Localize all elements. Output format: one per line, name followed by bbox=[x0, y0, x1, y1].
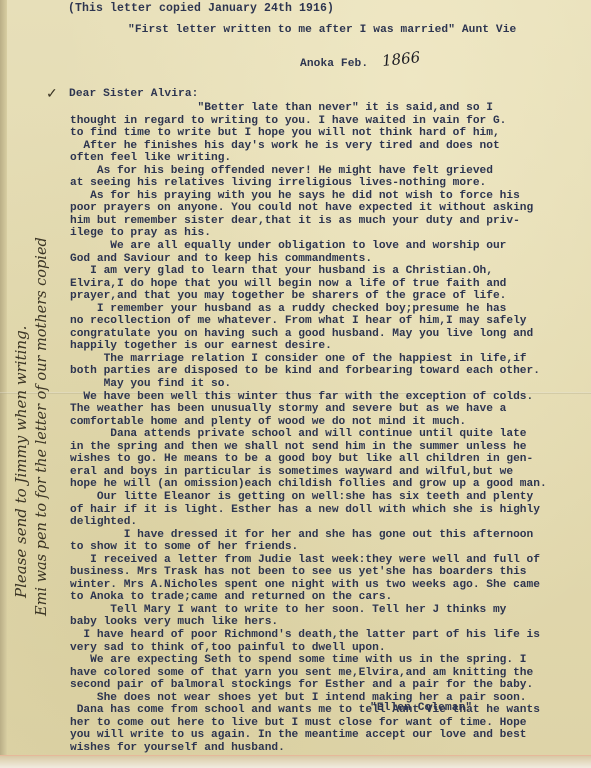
letter-line: in the spring and then we shall not send… bbox=[70, 441, 547, 454]
letter-line: both parties are disposed to be kind and… bbox=[70, 365, 547, 378]
letter-line: I remember your husband as a ruddy check… bbox=[70, 303, 547, 316]
letter-line: We are expecting Seth to spend some time… bbox=[70, 654, 547, 667]
letter-line: poor prayers on anyone. You could not ha… bbox=[70, 202, 547, 215]
letter-line: wishes to go. He means to be a good boy … bbox=[70, 453, 547, 466]
letter-line: to Anoka to trade;came and returned on t… bbox=[70, 591, 547, 604]
letter-line: second pair of balmoral stockings for Es… bbox=[70, 679, 547, 692]
letter-line: business. Mrs Trask has not been to see … bbox=[70, 566, 547, 579]
letter-line: at seeing his relatives living irreligio… bbox=[70, 177, 547, 190]
letter-line: The weather has been unusually stormy an… bbox=[70, 403, 547, 416]
letter-line: to find time to write but I hope you wil… bbox=[70, 127, 547, 140]
letter-line: her to come out here to live but I must … bbox=[70, 717, 547, 730]
letter-line: of hair if it is light. Esther has a new… bbox=[70, 504, 547, 517]
letter-line: I have dressed it for her and she has go… bbox=[70, 529, 547, 542]
letter-line: very sad to think of,too painful to dwel… bbox=[70, 642, 547, 655]
letter-line: We are all equally under obligation to l… bbox=[70, 240, 547, 253]
letter-line: As for his being offended never! He migh… bbox=[70, 165, 547, 178]
letter-line: Our litte Eleanor is getting on well:she… bbox=[70, 491, 547, 504]
handwritten-year: 1866 bbox=[381, 48, 421, 70]
letter-line: comfortable home and plenty of wood we d… bbox=[70, 416, 547, 429]
check-mark-icon: ✓ bbox=[46, 86, 58, 102]
letter-line: eral and boys in particular is sometimes… bbox=[70, 466, 547, 479]
letter-line: delighted. bbox=[70, 516, 547, 529]
letter-line: We have been well this winter thus far w… bbox=[70, 391, 547, 404]
letter-line: wishes for yourself and husband. bbox=[70, 742, 547, 755]
letter-line: The marriage relation I consider one of … bbox=[70, 353, 547, 366]
heading-note: "First letter written to me after I was … bbox=[128, 24, 516, 36]
letter-line: no recollection of me whatever. From wha… bbox=[70, 315, 547, 328]
letter-line: Elvira,I do hope that you will begin now… bbox=[70, 278, 547, 291]
letter-line: ilege to pray as his. bbox=[70, 227, 547, 240]
letter-line: prayer,and that you may together be shar… bbox=[70, 290, 547, 303]
dateline: Anoka Feb. bbox=[300, 58, 368, 70]
letter-line: May you find it so. bbox=[70, 378, 547, 391]
letter-line: thought in regard to writing to you. I h… bbox=[70, 115, 547, 128]
letter-line: I have heard of poor Richmond's death,th… bbox=[70, 629, 547, 642]
letter-line: As for his praying with you he says he d… bbox=[70, 190, 547, 203]
letter-page: (This letter copied January 24th 1916) "… bbox=[0, 0, 591, 768]
letter-line: Dana has come from school and wants me t… bbox=[70, 704, 547, 717]
margin-note-copied: Emi was pen to for the letter of our mot… bbox=[34, 237, 50, 616]
letter-line: God and Saviour and to keep his commandm… bbox=[70, 253, 547, 266]
letter-line: baby looks very much like hers. bbox=[70, 616, 547, 629]
letter-line: hope he will (an omission)each childish … bbox=[70, 478, 547, 491]
signature: "Ellen Coleman" bbox=[370, 702, 472, 714]
letter-line: to show it to some of her friends. bbox=[70, 541, 547, 554]
salutation: Dear Sister Alvira: bbox=[69, 88, 198, 100]
letter-line: After he finishes his day's work he is v… bbox=[70, 140, 547, 153]
letter-line: I am very glad to learn that your husban… bbox=[70, 265, 547, 278]
letter-line: you will write to us again. In the meant… bbox=[70, 729, 547, 742]
margin-note-send: Please send to Jimmy when writing. bbox=[12, 326, 30, 598]
copied-note: (This letter copied January 24th 1916) bbox=[68, 2, 334, 15]
letter-line: Dana attends private school and will con… bbox=[70, 428, 547, 441]
letter-line: often feel like writing. bbox=[70, 152, 547, 165]
letter-line: happily together is our earnest desire. bbox=[70, 340, 547, 353]
letter-body: "Better late than never" it is said,and … bbox=[70, 102, 547, 754]
letter-line: Tell Mary I want to write to her soon. T… bbox=[70, 604, 547, 617]
letter-line: She does not wear shoes yet but I intend… bbox=[70, 692, 547, 705]
letter-line: I received a letter from Judie last week… bbox=[70, 554, 547, 567]
letter-line: "Better late than never" it is said,and … bbox=[70, 102, 547, 115]
letter-line: have colored some of that yarn you sent … bbox=[70, 667, 547, 680]
letter-line: congratulate you on having such a good h… bbox=[70, 328, 547, 341]
letter-line: him but remember sister dear,that it is … bbox=[70, 215, 547, 228]
letter-line: winter. Mrs A.Nicholes spent one night w… bbox=[70, 579, 547, 592]
